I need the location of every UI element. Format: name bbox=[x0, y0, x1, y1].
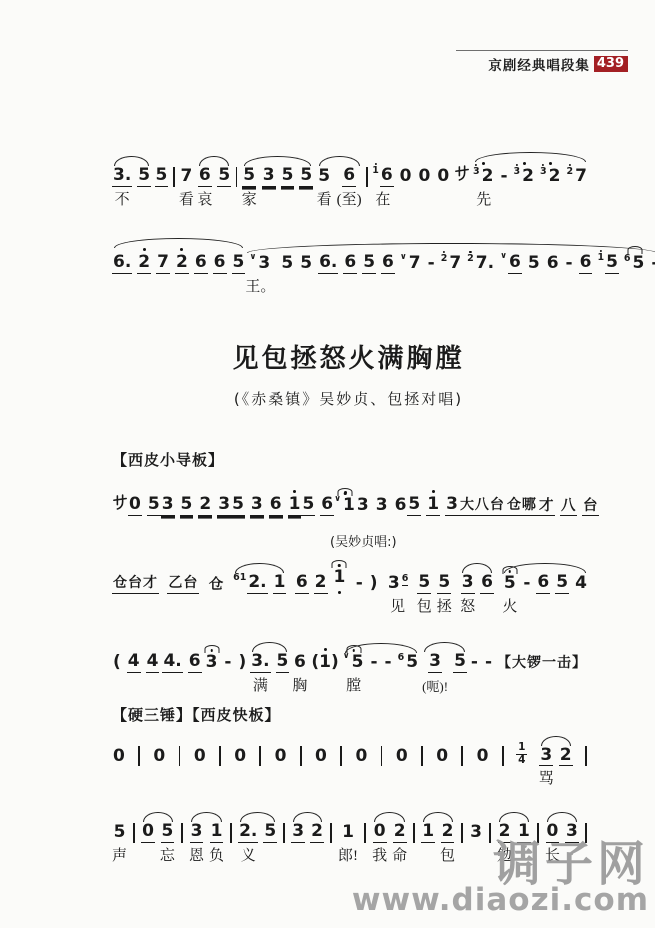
lyric bbox=[132, 673, 136, 695]
note-value: 3 bbox=[217, 495, 231, 516]
note: 0 bbox=[436, 167, 450, 209]
note: 6 bbox=[546, 254, 560, 296]
lyric bbox=[357, 594, 361, 616]
note-value: 5 bbox=[217, 166, 231, 187]
note-value: 5 bbox=[280, 254, 294, 274]
lyric bbox=[359, 766, 363, 788]
lyric bbox=[473, 673, 477, 695]
note: 5 bbox=[231, 495, 245, 516]
note-value: 仓台才 bbox=[112, 576, 159, 593]
note-value: 4. bbox=[162, 652, 182, 673]
lyric bbox=[299, 766, 303, 788]
lyric bbox=[461, 766, 465, 788]
note: 6 bbox=[188, 652, 202, 695]
note-value: - bbox=[427, 254, 436, 274]
note: ∨1 bbox=[334, 491, 356, 516]
note: 3 bbox=[445, 495, 459, 516]
note-value bbox=[454, 165, 470, 187]
note-value: 3 bbox=[291, 822, 305, 843]
note: 0 bbox=[395, 747, 409, 789]
note: 5声 bbox=[112, 823, 127, 865]
lyric bbox=[115, 673, 119, 695]
note-value: 6 bbox=[295, 573, 309, 594]
note-group bbox=[178, 746, 182, 788]
lyric bbox=[282, 843, 286, 865]
grace-note: 2 bbox=[467, 254, 474, 265]
note-group bbox=[137, 746, 141, 788]
note-value: - bbox=[484, 653, 493, 673]
lyric bbox=[137, 766, 141, 788]
note-value: 6 bbox=[320, 495, 334, 516]
note: - bbox=[484, 653, 493, 695]
note: 5火 bbox=[502, 574, 517, 616]
barline bbox=[230, 823, 232, 843]
lyric bbox=[160, 187, 164, 209]
lyric bbox=[304, 187, 308, 209]
lyric bbox=[304, 274, 308, 296]
note-group bbox=[229, 823, 233, 865]
lyric bbox=[300, 594, 304, 616]
note: 5 bbox=[299, 254, 313, 296]
lyric bbox=[584, 274, 588, 296]
note: 2 bbox=[314, 573, 328, 616]
lyric bbox=[386, 673, 390, 695]
lyric bbox=[509, 274, 513, 296]
slur-group: 3(呃)!5 bbox=[422, 652, 467, 695]
note-value: 5 bbox=[605, 253, 619, 274]
lyric bbox=[117, 766, 121, 788]
note: 5拯 bbox=[437, 573, 452, 616]
note: 2 bbox=[137, 248, 151, 296]
note-group bbox=[380, 746, 384, 788]
note: 3 bbox=[250, 495, 264, 516]
slur-group: ∨3王。5 5 6. 6 5 6 ∨7 - 27 27. ∨6 5 6 - 6 … bbox=[245, 253, 655, 296]
note: - bbox=[427, 254, 436, 296]
note: 36见 bbox=[387, 574, 408, 616]
note-group: 56 bbox=[301, 495, 334, 516]
note-value: ( bbox=[112, 653, 122, 673]
note-value: 3 bbox=[539, 746, 553, 767]
note: 6 bbox=[381, 253, 395, 296]
note: 5 bbox=[453, 652, 467, 695]
note-value: 7. bbox=[475, 254, 495, 274]
lyric bbox=[365, 187, 369, 209]
note: 32 bbox=[540, 162, 561, 209]
grace-note: 6 bbox=[624, 254, 631, 265]
note: 0 bbox=[128, 495, 142, 516]
lyric: 恩 bbox=[189, 843, 204, 865]
note: 5家 bbox=[242, 166, 257, 209]
note-group: 仓台才 bbox=[112, 576, 159, 615]
note-value: 3 bbox=[445, 495, 459, 516]
note-value: - bbox=[650, 254, 655, 274]
note-value: 0 bbox=[128, 495, 142, 516]
note-group: 【大锣一击】 bbox=[496, 656, 588, 694]
lyric bbox=[178, 766, 182, 788]
music-line: 仓台才 乙台 仓 612. 1 6 2 1 - ) 36见5包5拯3怒6 5火-… bbox=[112, 552, 588, 616]
lyric bbox=[522, 187, 526, 209]
note: - bbox=[565, 254, 574, 296]
note-value: 6 bbox=[213, 253, 227, 274]
lyric bbox=[404, 187, 408, 209]
barline bbox=[133, 823, 135, 843]
lyric bbox=[218, 274, 222, 296]
note: 0 bbox=[274, 747, 288, 789]
note-group: 36见 bbox=[387, 574, 408, 616]
grace-note: 3 bbox=[514, 167, 521, 178]
song-subtitle: (《赤桑镇》吴妙贞、包拯对唱) bbox=[112, 388, 585, 409]
note: 65 bbox=[398, 653, 419, 695]
lyric bbox=[267, 187, 271, 209]
note-value: 5 bbox=[527, 254, 541, 274]
note-group: 0 bbox=[476, 747, 490, 789]
lyric bbox=[575, 187, 579, 209]
note: 5 bbox=[276, 652, 290, 695]
barline bbox=[461, 823, 463, 843]
note: 5 bbox=[299, 166, 313, 209]
note: 27 bbox=[441, 254, 462, 296]
note-value: 2 bbox=[198, 495, 212, 516]
lyric bbox=[258, 766, 262, 788]
note-value: 6 bbox=[269, 495, 283, 516]
note: 6 bbox=[295, 573, 309, 616]
barline bbox=[420, 746, 424, 788]
note: 612. bbox=[233, 573, 268, 616]
note: 7 bbox=[156, 253, 170, 296]
barline bbox=[329, 823, 333, 865]
lyric bbox=[278, 594, 282, 616]
note-value: 5 bbox=[299, 254, 313, 274]
lyric: 满 bbox=[253, 673, 268, 695]
note-value: 6 bbox=[343, 253, 357, 274]
octave-dot-above bbox=[523, 162, 526, 165]
lyric bbox=[319, 766, 323, 788]
note: 0 bbox=[141, 822, 155, 865]
slur-group: 3怒6 bbox=[460, 573, 494, 616]
lyric: 哀 bbox=[197, 187, 212, 209]
note-value: 2 bbox=[310, 822, 324, 843]
note: ) bbox=[237, 653, 247, 695]
note: 15 bbox=[597, 253, 618, 296]
note: 0 bbox=[112, 747, 126, 789]
note-value: 5 bbox=[632, 254, 646, 274]
note-value: 6 bbox=[342, 166, 356, 187]
lyric bbox=[348, 274, 352, 296]
lyric bbox=[180, 274, 184, 296]
note-value: 2 bbox=[441, 822, 455, 843]
note-value: 6 bbox=[188, 652, 202, 673]
note-group: 14 bbox=[516, 742, 527, 788]
lyric bbox=[386, 274, 390, 296]
note-value: 0 bbox=[141, 822, 155, 843]
lyric: 义 bbox=[241, 843, 256, 865]
lyric bbox=[142, 274, 146, 296]
note-value: - bbox=[355, 574, 364, 594]
score-page: 京剧经典唱段集 439 3.不5 5 7看6哀5 5家3 5 5 5看6(至) … bbox=[0, 0, 655, 928]
singer-label: (吴妙贞唱:) bbox=[330, 531, 397, 550]
note: - bbox=[499, 167, 508, 209]
note: 5 bbox=[527, 254, 541, 296]
lyric bbox=[285, 274, 289, 296]
slur-group: 6哀5 bbox=[197, 166, 231, 209]
note-group: 7看 bbox=[179, 167, 194, 209]
note: 2 bbox=[198, 495, 212, 516]
note-value: 大八台 bbox=[459, 498, 506, 515]
barline bbox=[380, 746, 384, 788]
lyric bbox=[326, 274, 330, 296]
lyric: 包 bbox=[417, 594, 432, 616]
note-value: 2 bbox=[521, 167, 535, 187]
note-group: 16在0 0 0 bbox=[372, 166, 450, 209]
grace-note: 1 bbox=[372, 166, 379, 177]
lyric: 见 bbox=[390, 594, 405, 616]
note: 5包 bbox=[417, 573, 432, 616]
barline bbox=[364, 823, 366, 843]
lyric bbox=[237, 274, 241, 296]
note: 1 bbox=[273, 573, 287, 616]
note-group bbox=[501, 746, 505, 788]
lyric bbox=[146, 843, 150, 865]
lyric bbox=[579, 594, 583, 616]
note-group bbox=[218, 746, 222, 788]
note: 0 bbox=[233, 747, 247, 789]
barline bbox=[219, 746, 221, 766]
lyric bbox=[235, 187, 239, 209]
note: 5 bbox=[147, 495, 161, 516]
note: 1负 bbox=[209, 822, 224, 865]
note-group: (1) bbox=[310, 648, 339, 695]
octave-dot-above bbox=[180, 248, 183, 251]
lyric bbox=[120, 274, 124, 296]
lyric: 忘 bbox=[160, 843, 175, 865]
note-value: 1 bbox=[210, 822, 224, 843]
note-value: 6. bbox=[112, 253, 132, 274]
note: 4 bbox=[146, 652, 160, 695]
note-group: 513 bbox=[407, 490, 459, 516]
barline bbox=[300, 746, 302, 766]
lyric: 看 bbox=[317, 187, 332, 209]
note: 27. bbox=[467, 254, 495, 296]
barline bbox=[173, 167, 175, 187]
note: ∨6 bbox=[500, 253, 522, 296]
note-group: 3 - ) bbox=[205, 653, 248, 695]
note: 7看 bbox=[179, 167, 194, 209]
note: 3(呃)! bbox=[422, 652, 448, 695]
note-group: 6 2 1 bbox=[295, 568, 347, 616]
note-value: 3 bbox=[469, 823, 483, 843]
note-value: ) bbox=[237, 653, 247, 673]
lyric bbox=[248, 594, 252, 616]
note-value: 6 bbox=[381, 253, 395, 274]
octave-dot-above bbox=[143, 248, 146, 251]
lyric bbox=[441, 187, 445, 209]
note: 5 bbox=[555, 573, 569, 616]
lyric bbox=[520, 766, 524, 788]
note-group: - ) bbox=[355, 574, 379, 616]
lyric: 家 bbox=[242, 187, 257, 209]
note: 6 bbox=[579, 253, 593, 296]
book-title: 京剧经典唱段集 bbox=[488, 54, 590, 74]
note: 6. bbox=[318, 253, 338, 296]
note-group: 05 bbox=[128, 495, 161, 516]
lyric: 胸 bbox=[292, 673, 307, 695]
note: - bbox=[223, 653, 232, 695]
lyric bbox=[222, 187, 226, 209]
music-line: 3.不5 5 7看6哀5 5家3 5 5 5看6(至) 16在0 0 0 32先… bbox=[112, 146, 588, 209]
lyric bbox=[193, 673, 197, 695]
note-value: - bbox=[522, 574, 531, 594]
time-signature: 14 bbox=[516, 742, 527, 788]
lyric bbox=[551, 274, 555, 296]
lyric bbox=[549, 187, 553, 209]
note: 0 bbox=[193, 747, 207, 789]
note-value: 1 bbox=[273, 573, 287, 594]
page-header: 京剧经典唱段集 439 bbox=[456, 50, 628, 74]
note-group: 5 bbox=[155, 166, 169, 209]
barline bbox=[282, 823, 286, 865]
note: 6(至) bbox=[337, 166, 362, 209]
grace-note: 1 bbox=[597, 253, 604, 264]
note: 1 bbox=[288, 490, 302, 516]
note-value: 5 bbox=[299, 166, 313, 187]
note: ∨3王。 bbox=[245, 254, 275, 296]
note-value: 5 bbox=[503, 574, 517, 594]
barline bbox=[461, 746, 463, 766]
note: 3 bbox=[291, 822, 305, 865]
note: 3.满 bbox=[250, 652, 270, 695]
lyric: 王。 bbox=[245, 274, 275, 296]
lyric bbox=[241, 673, 245, 695]
lyric: 不 bbox=[115, 187, 130, 209]
note-group: 5包5拯 bbox=[417, 573, 452, 616]
slur-group: 5火- 6 5 4 bbox=[502, 573, 588, 616]
note: 1 bbox=[333, 568, 347, 616]
note-value: 5 bbox=[113, 823, 127, 843]
note: ∨5膛 bbox=[343, 653, 365, 695]
note-value: 仓哪 bbox=[506, 498, 538, 515]
note-group: 336 bbox=[356, 496, 408, 516]
lyric bbox=[226, 673, 230, 695]
slur-group: 32先- 32 32 27 bbox=[473, 162, 588, 209]
slur-group: 5家3 5 5 bbox=[242, 166, 314, 209]
note: 才 bbox=[538, 498, 555, 516]
barline bbox=[283, 823, 285, 843]
note-value: 6 bbox=[480, 573, 494, 594]
note-group: 0 bbox=[112, 747, 126, 789]
note: 3恩 bbox=[189, 822, 204, 865]
note: 5 bbox=[301, 495, 315, 516]
note-value: 6 bbox=[293, 653, 307, 673]
note: - bbox=[369, 653, 378, 695]
lyric bbox=[525, 594, 529, 616]
note-value: 才 bbox=[538, 498, 555, 516]
note-value: - bbox=[223, 653, 232, 673]
note: 0 bbox=[152, 747, 166, 789]
note-value: 5 bbox=[231, 495, 245, 516]
watermark: 调子网 www.diaozi.com bbox=[352, 841, 649, 916]
note: 5 bbox=[280, 254, 294, 296]
note-value: - bbox=[470, 653, 479, 673]
lyric bbox=[161, 274, 165, 296]
note-value: 7 bbox=[179, 167, 193, 187]
note-value: 0 bbox=[399, 167, 413, 187]
octave-dot-above bbox=[293, 490, 296, 493]
note-value: 4 bbox=[574, 574, 588, 594]
note-value: 6 bbox=[194, 253, 208, 274]
note-value: 0 bbox=[373, 822, 387, 843]
note-value: 5 bbox=[351, 653, 365, 673]
slur-group: ∨5膛- - 65 bbox=[343, 653, 419, 695]
slur-group: 3.不5 bbox=[112, 166, 151, 209]
octave-dot-above bbox=[432, 490, 435, 493]
note-value: - bbox=[384, 653, 393, 673]
lyric bbox=[372, 673, 376, 695]
note: 32先 bbox=[473, 162, 494, 209]
note: 5忘 bbox=[160, 822, 175, 865]
note: 3 bbox=[205, 653, 219, 695]
note bbox=[112, 494, 128, 516]
barline bbox=[229, 823, 233, 865]
note: 6 bbox=[320, 495, 334, 516]
barline bbox=[179, 746, 181, 766]
lyric bbox=[502, 187, 506, 209]
note: 5 bbox=[155, 166, 169, 209]
lyric bbox=[319, 594, 323, 616]
note: 乙台 bbox=[167, 576, 199, 615]
lyric bbox=[400, 766, 404, 788]
note: 5 bbox=[232, 253, 246, 296]
note-value: 7 bbox=[448, 254, 462, 274]
lyric bbox=[380, 766, 384, 788]
note-value: 2 bbox=[548, 167, 562, 187]
note: 6 bbox=[480, 573, 494, 616]
lyric bbox=[198, 766, 202, 788]
note: 4 bbox=[127, 652, 141, 695]
note-group: 0 bbox=[354, 747, 368, 789]
note-group: 仓 bbox=[208, 577, 225, 616]
note: 3 bbox=[356, 496, 370, 516]
lyric bbox=[409, 274, 413, 296]
note: 6 bbox=[343, 253, 357, 296]
note: 0 bbox=[476, 747, 490, 789]
lyric bbox=[281, 673, 285, 695]
music-line: 0 0 0 0 0 0 0 0 0 0 14 3骂2 bbox=[112, 726, 588, 788]
note: 5看 bbox=[317, 167, 332, 209]
banshi-marker-xipi-xiaodaoban: 【西皮小导板】 bbox=[112, 449, 224, 470]
note-value: 3 bbox=[250, 495, 264, 516]
note: (1) bbox=[310, 648, 339, 695]
note-value: 7 bbox=[574, 167, 588, 187]
slur-group: 3恩1负 bbox=[189, 822, 224, 865]
slur-group: 2.义5 bbox=[238, 822, 277, 865]
note-group: 0 bbox=[193, 747, 207, 789]
note-group: 5361 bbox=[231, 490, 301, 516]
note-value: 2. bbox=[247, 573, 267, 594]
note: 【大锣一击】 bbox=[496, 656, 588, 694]
note-value: 6. bbox=[318, 253, 338, 274]
note-value: 5 bbox=[180, 495, 194, 516]
note: - bbox=[470, 653, 479, 695]
note-value: 5 bbox=[276, 652, 290, 673]
lyric: 怒 bbox=[460, 594, 475, 616]
note-value: 6 bbox=[546, 254, 560, 274]
note: 27 bbox=[566, 167, 587, 209]
lyric bbox=[501, 766, 505, 788]
note: 大八台 bbox=[459, 498, 506, 515]
note-value: 5 bbox=[407, 495, 421, 516]
note-value: (1) bbox=[310, 653, 339, 673]
note-value: 5 bbox=[242, 166, 256, 187]
